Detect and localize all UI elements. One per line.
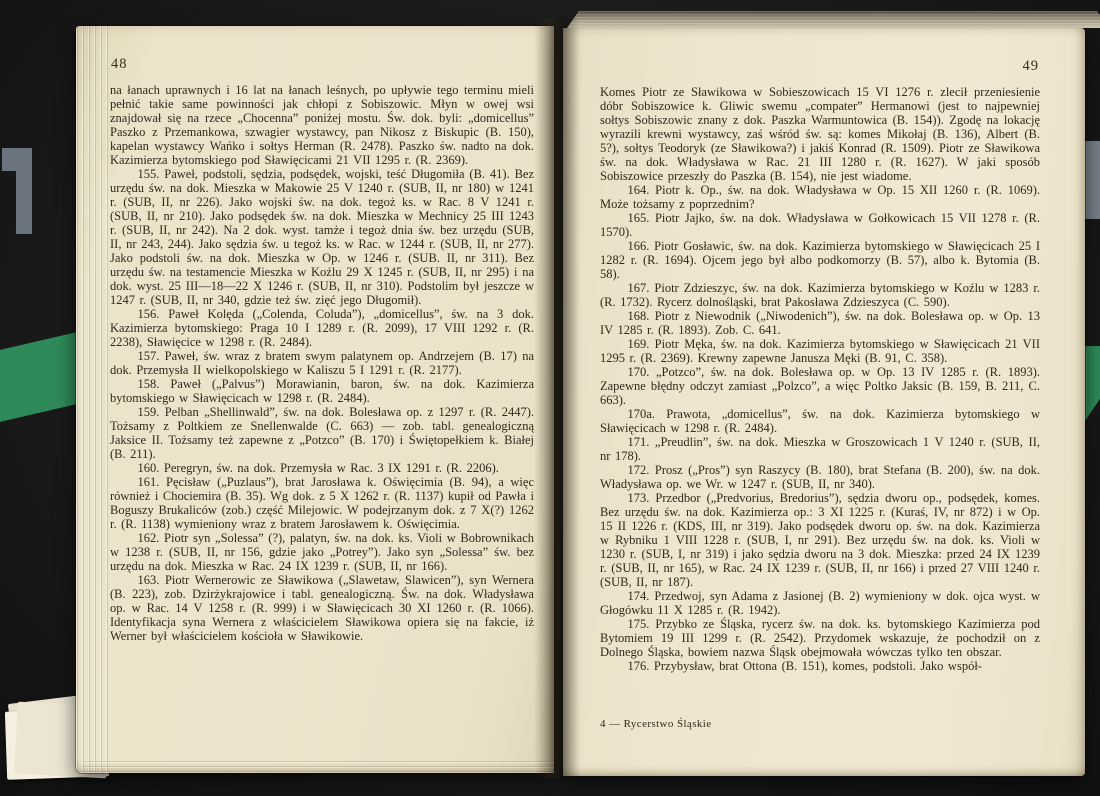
paragraph: 169. Piotr Męka, św. na dok. Kazimierza … [600, 337, 1040, 365]
paragraph: 161. Pęcisław („Puzlaus”), brat Jarosław… [110, 475, 534, 531]
book-page-left: 48 na łanach uprawnych i 16 lat na łanac… [76, 26, 554, 773]
paragraph: 167. Piotr Zdzieszyc, św. na dok. Kazimi… [600, 281, 1040, 309]
paragraph: 170a. Prawota, „domicellus”, św. na dok.… [600, 407, 1040, 435]
paragraph: 166. Piotr Gosławic, św. na dok. Kazimie… [600, 239, 1040, 281]
paragraph: 176. Przybysław, brat Ottona (B. 151), k… [600, 659, 1040, 673]
page-number-right: 49 [1023, 58, 1040, 75]
paragraph: na łanach uprawnych i 16 lat na łanach l… [110, 83, 534, 167]
head-edge-page-stack [567, 11, 1100, 28]
green-band-left [0, 331, 80, 424]
left-page-text-column: na łanach uprawnych i 16 lat na łanach l… [110, 83, 534, 643]
paragraph: 173. Przedbor („Predvorius, Bredorius”),… [600, 491, 1040, 589]
paragraph: 162. Piotr syn „Solessa” (?), palatyn, ś… [110, 531, 534, 573]
right-page-text-column: Komes Piotr ze Sławikowa w Sobieszowicac… [600, 85, 1040, 673]
bottom-edge-page-stack [82, 760, 554, 773]
paragraph: 165. Piotr Jajko, św. na dok. Władysława… [600, 211, 1040, 239]
book-page-right: 49 Komes Piotr ze Sławikowa w Sobieszowi… [563, 28, 1085, 776]
page-number-left: 48 [111, 56, 128, 73]
paragraph: 156. Paweł Kolęda („Colenda, Coluda”), „… [110, 307, 534, 349]
background-letter-fragment-right [1083, 141, 1100, 219]
paragraph: 155. Paweł, podstoli, sędzia, podsędek, … [110, 167, 534, 307]
paragraph: 171. „Preudlin”, św. na dok. Mieszka w G… [600, 435, 1040, 463]
paragraph: 163. Piotr Wernerowic ze Sławikowa („Sla… [110, 573, 534, 643]
paragraph: 175. Przybko ze Śląska, rycerz św. na do… [600, 617, 1040, 659]
signature-footer: 4 — Rycerstwo Śląskie [600, 718, 712, 730]
paragraph: 170. „Potzco”, św. na dok. Bolesława op.… [600, 365, 1040, 407]
background-letter-fragment-left [2, 148, 32, 234]
fore-edge-page-stack [76, 26, 108, 773]
paragraph: Komes Piotr ze Sławikowa w Sobieszowicac… [600, 85, 1040, 183]
paragraph: 160. Peregryn, św. na dok. Przemysła w R… [110, 461, 534, 475]
paragraph: 157. Paweł, św. wraz z bratem swym palat… [110, 349, 534, 377]
paragraph: 164. Piotr k. Op., św. na dok. Władysław… [600, 183, 1040, 211]
paragraph: 172. Prosz („Pros”) syn Raszycy (B. 180)… [600, 463, 1040, 491]
paragraph: 158. Paweł („Palvus”) Morawianin, baron,… [110, 377, 534, 405]
book-photo-scene: 48 na łanach uprawnych i 16 lat na łanac… [0, 0, 1100, 796]
paragraph: 159. Pelban „Shellinwald”, św. na dok. B… [110, 405, 534, 461]
paragraph: 174. Przedwoj, syn Adama z Jasionej (B. … [600, 589, 1040, 617]
paragraph: 168. Piotr z Niewodnik („Niwodenich”), ś… [600, 309, 1040, 337]
